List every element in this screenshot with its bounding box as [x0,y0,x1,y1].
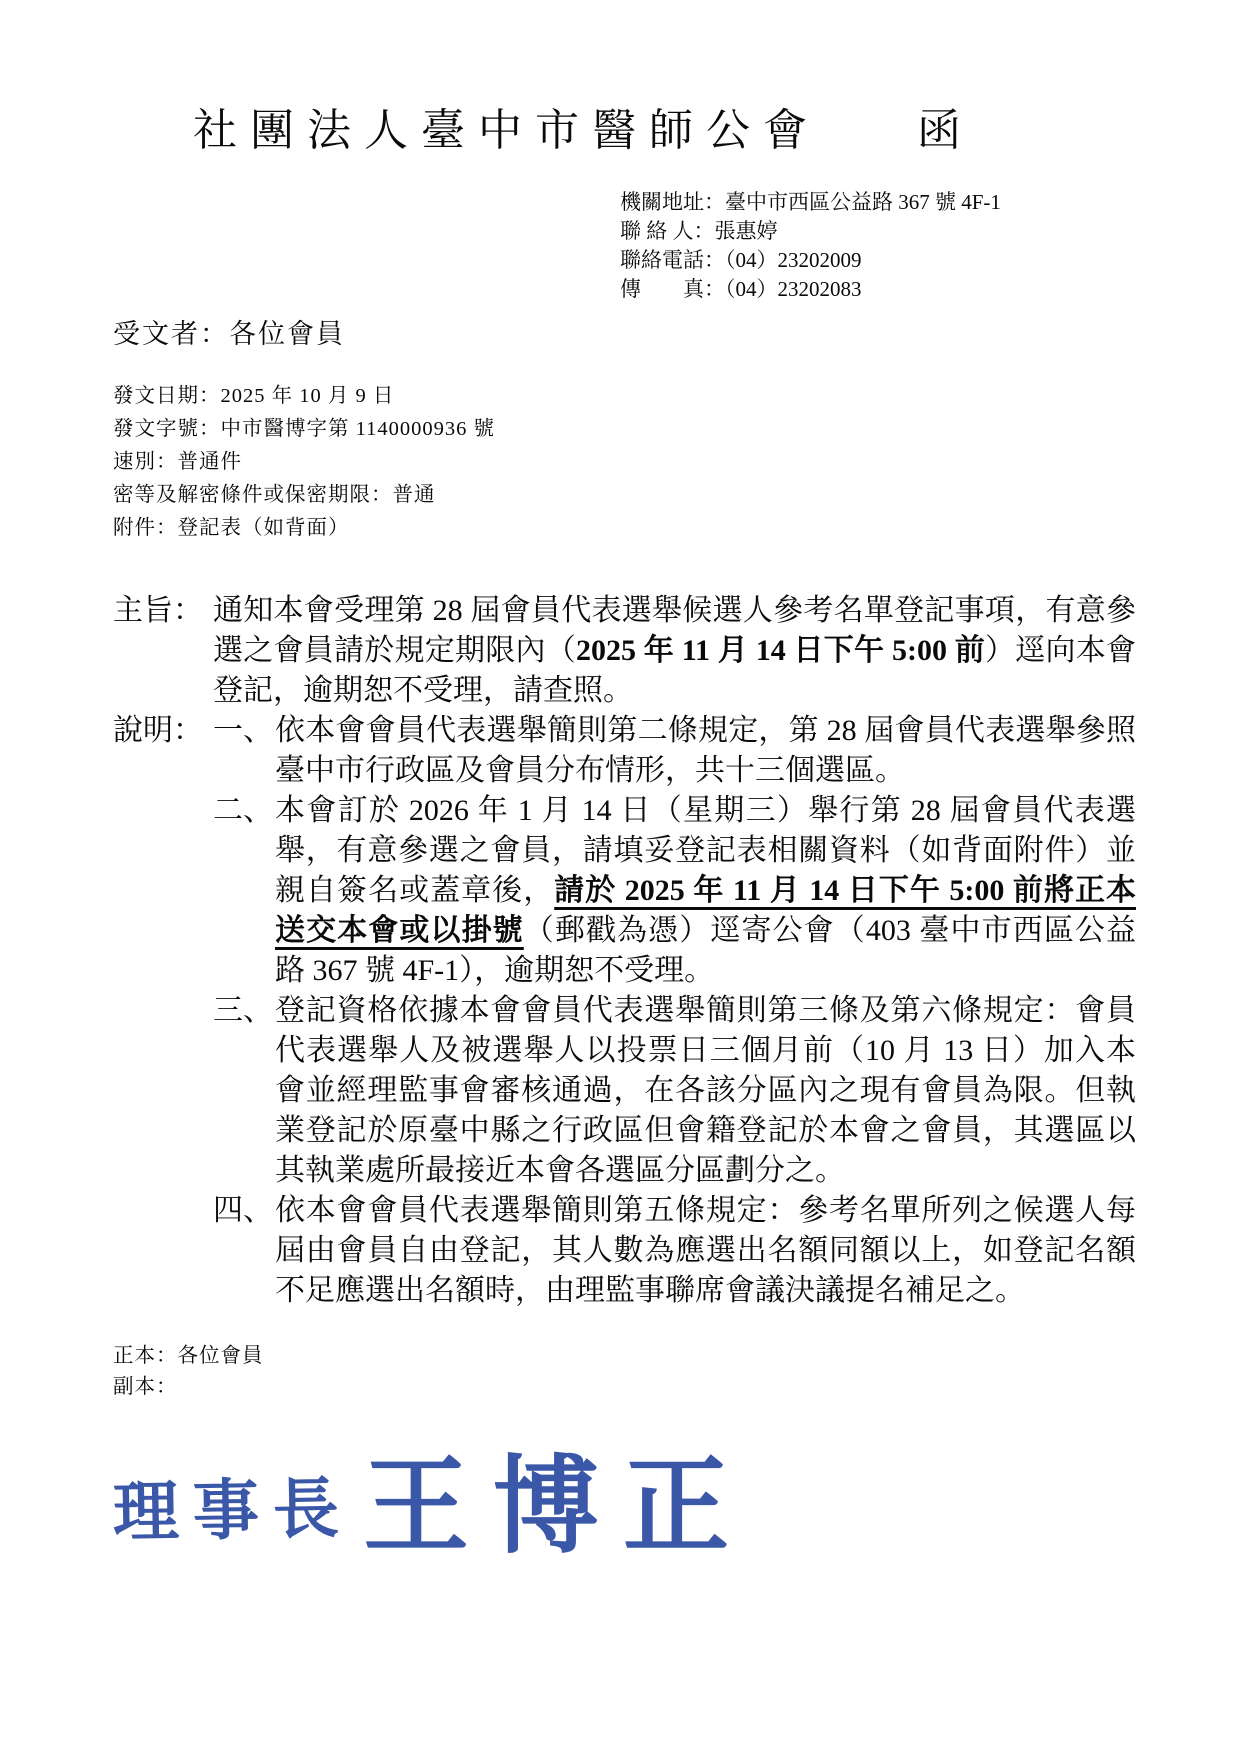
agency-address-value: 臺中市西區公益路 367 號 4F-1 [725,190,1001,214]
priority-label: 速別： [113,451,178,473]
item-4-content: 依本會會員代表選舉簡則第五條規定：參考名單所列之候選人每屆由會員自由登記，其人數… [275,1191,1136,1311]
issue-date-value: 2025 年 10 月 9 日 [221,385,395,407]
subject-label: 主旨： [113,591,213,711]
original-copy-value: 各位會員 [178,1345,264,1367]
fax-label: 傳 真： [620,277,725,301]
signature-stamp: 理事長 王博正 [113,1455,1136,1561]
contact-person-label: 聯 絡 人： [620,219,715,243]
item-2-number: 二、 [213,791,275,991]
item-3-number: 三、 [213,991,275,1191]
attachment-value: 登記表（如背面） [178,517,350,539]
original-copy-label: 正本： [113,1345,178,1367]
document-type-label: 函 [917,96,961,166]
subject-section: 主旨： 通知本會受理第 28 屆會員代表選舉候選人參考名單登記事項，有意參選之會… [113,591,1136,711]
recipient-line: 受文者：各位會員 [113,316,1136,352]
chairman-name: 王博正 [363,1455,753,1561]
explanation-item-1: 一、 依本會會員代表選舉簡則第二條規定，第 28 屆會員代表選舉參照臺中市行政區… [213,711,1136,791]
explanation-item-2: 二、 本會訂於 2026 年 1 月 14 日（星期三）舉行第 28 屆會員代表… [213,791,1136,991]
issue-date-line: 發文日期：2025 年 10 月 9 日 [113,380,1136,413]
explanation-label: 說明： [113,711,213,1311]
attachment-label: 附件： [113,517,178,539]
item-1-number: 一、 [213,711,275,791]
priority-line: 速別：普通件 [113,446,1136,479]
organization-title: 社團法人臺中市醫師公會 [193,96,820,166]
explanation-item-3: 三、 登記資格依據本會會員代表選舉簡則第三條及第六條規定：會員代表選舉人及被選舉… [213,991,1136,1191]
priority-value: 普通件 [178,451,243,473]
contact-info-block: 機關地址：臺中市西區公益路 367 號 4F-1 聯 絡 人：張惠婷 聯絡電話：… [620,188,1136,304]
contact-phone-value: （04）23202009 [725,248,862,272]
reference-number-label: 發文字號： [113,418,221,440]
official-letter-page: 社團法人臺中市醫師公會 函 機關地址：臺中市西區公益路 367 號 4F-1 聯… [0,0,1240,1754]
subject-content: 通知本會受理第 28 屆會員代表選舉候選人參考名單登記事項，有意參選之會員請於規… [213,591,1136,711]
fax-line: 傳 真：（04）23202083 [620,275,1136,304]
document-header: 社團法人臺中市醫師公會 函 [113,96,1136,166]
item-4-text: 依本會會員代表選舉簡則第五條規定：參考名單所列之候選人每屆由會員自由登記，其人數… [275,1194,1136,1307]
attachment-line: 附件：登記表（如背面） [113,512,1136,545]
item-2-content: 本會訂於 2026 年 1 月 14 日（星期三）舉行第 28 屆會員代表選舉，… [275,791,1136,991]
fax-value: （04）23202083 [725,277,862,301]
carbon-copy-label: 副本： [113,1376,178,1398]
security-classification-value: 普通 [393,484,436,506]
contact-person-line: 聯 絡 人：張惠婷 [620,217,1136,246]
item-1-content: 依本會會員代表選舉簡則第二條規定，第 28 屆會員代表選舉參照臺中市行政區及會員… [275,711,1136,791]
reference-number-line: 發文字號：中市醫博字第 1140000936 號 [113,413,1136,446]
contact-phone-line: 聯絡電話：（04）23202009 [620,246,1136,275]
item-3-content: 登記資格依據本會會員代表選舉簡則第三條及第六條規定：會員代表選舉人及被選舉人以投… [275,991,1136,1191]
item-4-number: 四、 [213,1191,275,1311]
recipient-label: 受文者： [113,319,229,349]
agency-address-line: 機關地址：臺中市西區公益路 367 號 4F-1 [620,188,1136,217]
item-3-text: 登記資格依據本會會員代表選舉簡則第三條及第六條規定：會員代表選舉人及被選舉人以投… [275,994,1136,1187]
explanation-section: 說明： 一、 依本會會員代表選舉簡則第二條規定，第 28 屆會員代表選舉參照臺中… [113,711,1136,1311]
security-classification-line: 密等及解密條件或保密期限：普通 [113,479,1136,512]
contact-person-value: 張惠婷 [715,219,778,243]
chairman-title: 理事長 [112,1477,353,1563]
item-1-text: 依本會會員代表選舉簡則第二條規定，第 28 屆會員代表選舉參照臺中市行政區及會員… [275,714,1136,787]
reference-number-value: 中市醫博字第 1140000936 號 [221,418,496,440]
issue-date-label: 發文日期： [113,385,221,407]
contact-phone-label: 聯絡電話： [620,248,725,272]
subject-deadline-bold: 2025 年 11 月 14 日下午 5:00 前 [576,634,985,667]
agency-address-label: 機關地址： [620,190,725,214]
explanation-items: 一、 依本會會員代表選舉簡則第二條規定，第 28 屆會員代表選舉參照臺中市行政區… [213,711,1136,1311]
recipient-value: 各位會員 [229,319,345,349]
explanation-item-4: 四、 依本會會員代表選舉簡則第五條規定：參考名單所列之候選人每屆由會員自由登記，… [213,1191,1136,1311]
security-classification-label: 密等及解密條件或保密期限： [113,484,393,506]
distribution-block: 正本：各位會員 副本： [113,1341,1136,1403]
carbon-copy-line: 副本： [113,1372,1136,1403]
document-meta-block: 發文日期：2025 年 10 月 9 日 發文字號：中市醫博字第 1140000… [113,380,1136,545]
original-copy-line: 正本：各位會員 [113,1341,1136,1372]
